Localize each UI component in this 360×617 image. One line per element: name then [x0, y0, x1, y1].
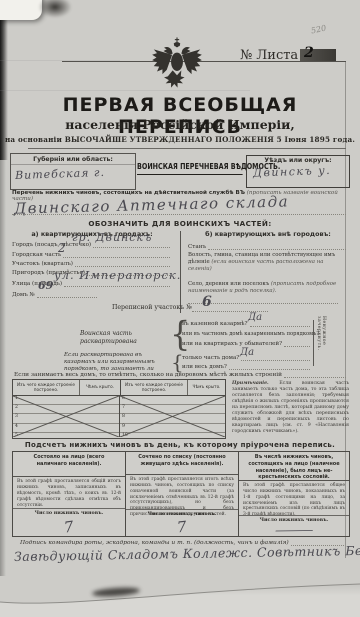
occupancy-option-whole: или весь домъ?	[182, 361, 312, 370]
tally-col-nonpeasant-body: Въ этой графѣ проставляется общее число …	[239, 481, 349, 515]
tally-col-present-count-label: Число нижнихъ чиновъ.	[13, 508, 125, 518]
buildings-question-text: Если занимаетъ весь домъ, то отмѣтить, с…	[14, 372, 282, 378]
field-house: Домъ № 69	[12, 287, 172, 298]
census-basis-line: на основаніи ВЫСОЧАЙШЕ УТВЕРЖДЕННАГО ПОЛ…	[0, 135, 360, 144]
field-volost: Волость, гмина, станица или соотвѣтствую…	[188, 252, 348, 273]
field-precinct-block: Участокъ (кварталъ)	[12, 258, 172, 267]
col-material-header-2: Изъ чего каждое строеніе построено.	[121, 380, 188, 395]
corner-ink-smudge	[38, 0, 72, 18]
census-precinct-line: Переписной участокъ №	[112, 304, 192, 311]
buildings-note-text: Если воинская часть занимаетъ только час…	[232, 381, 349, 434]
tally-col-nonpeasant-value: —	[272, 523, 315, 538]
tally-col-listed-title: Сочтено по списку (постоянно живущаго зд…	[126, 452, 238, 475]
corner-paper-patch	[0, 0, 42, 20]
quartering-option-barracks-value: Да	[248, 312, 262, 323]
frame-top-rule	[62, 61, 346, 62]
document-title: ВОИНСКАЯ ПЕРЕЧНЕВАЯ ВѢДОМОСТЬ.	[137, 162, 243, 175]
scanned-census-form: 520 № Листа 2 ПЕРВАЯ ВСЕОБЩАЯ ПЕРЕПИ	[0, 0, 360, 617]
uezd-box: Уѣздъ или округъ: Двинскъ у.	[246, 155, 350, 188]
census-subtitle: населенія Россійской Имперіи,	[0, 117, 360, 132]
census-precinct-value: 6	[202, 294, 212, 310]
uezd-value: Двинскъ у.	[247, 162, 349, 180]
city-quartering-section: а) квартирующихъ въ городахъ: Городъ (по…	[12, 230, 172, 298]
field-stan: Станъ	[188, 238, 348, 250]
quartering-option-residents-label: или на квартирахъ у обывателей?	[182, 341, 282, 347]
field-city-part: Городская часть 2	[12, 248, 172, 258]
occupancy-option-part-value: Да	[240, 347, 254, 358]
tally-col-listed-count-label: Число нижнихъ чиновъ.	[126, 509, 238, 518]
crossout-mark	[13, 396, 119, 437]
tally-header: Подсчетъ нижнихъ чиновъ въ день, къ кото…	[0, 441, 360, 449]
field-selo-label: Село, деревня или поселокъ	[188, 281, 269, 287]
field-house-value: 69	[38, 280, 53, 292]
tally-col-listed: Сочтено по списку (постоянно живущаго зд…	[126, 452, 239, 536]
buildings-note: Примѣчаніе. Если воинская часть занимает…	[232, 381, 349, 435]
quartering-option-barracks: въ казенной казармѣ? Да	[182, 317, 312, 327]
buildings-left-half: 1 2 3 4 5	[13, 396, 120, 437]
census-precinct-label: Переписной участокъ №	[112, 304, 192, 311]
field-street-value: ул. Императорск.	[54, 269, 181, 282]
left-edge-shade	[0, 0, 6, 617]
crossout-mark	[120, 396, 225, 437]
buildings-table: Изъ чего каждое строеніе построено. Чѣмъ…	[12, 379, 226, 439]
buildings-question: Если занимаетъ весь домъ, то отмѣтить, с…	[14, 370, 348, 378]
paper-crease	[0, 90, 250, 91]
col-material-header: Изъ чего каждое строеніе построено.	[13, 380, 80, 395]
tally-col-nonpeasant: Въ числѣ нижнихъ чиновъ, состоящихъ на л…	[239, 452, 349, 536]
designate-header: ОБОЗНАЧИТЬ ДЛЯ ВОИНСКИХЪ ЧАСТЕЙ:	[0, 219, 360, 228]
buildings-right-half: 6 7 8 9 10	[120, 396, 225, 437]
tally-table: Состояло на лицо (всего наличнаго населе…	[12, 451, 350, 537]
tally-col-listed-value: 7	[176, 518, 187, 537]
occupancy-option-part: только часть дома? Да	[182, 352, 312, 361]
rural-quartering-section: б) квартирующихъ внѣ городовъ: Станъ Вол…	[188, 230, 348, 304]
field-city-part-value: 2	[58, 242, 66, 255]
col-roof-header: Чѣмъ крыто.	[80, 380, 121, 395]
field-stan-label: Станъ	[188, 244, 206, 250]
field-selo: Село, деревня или поселокъ (прописать по…	[188, 281, 348, 295]
pencil-folio-number: 520	[310, 24, 327, 36]
field-street: Улица (площадь) ул. Императорск.	[12, 276, 172, 287]
occupancy-options: только часть дома? Да или весь домъ?	[182, 352, 312, 370]
quartering-label: Воинская часть расквартирована	[80, 330, 172, 345]
margin-note-vertical: Ненужное зачеркнуть.	[316, 316, 326, 374]
tally-col-present-title: Состояло на лицо (всего наличнаго населе…	[13, 452, 125, 477]
gubernia-box: Губернія или область: Витебская г.	[10, 153, 136, 190]
field-house-label: Домъ №	[12, 292, 35, 298]
sheet-number-value: 2	[304, 45, 314, 61]
tally-col-nonpeasant-count-label: Число нижнихъ чиновъ.	[239, 515, 349, 523]
gubernia-value: Витебская г.	[11, 163, 135, 182]
buildings-note-title: Примѣчаніе.	[232, 381, 269, 386]
tally-col-listed-body: Въ этой графѣ проставляется итогъ всѣхъ …	[126, 475, 238, 509]
tally-col-nonpeasant-title: Въ числѣ нижнихъ чиновъ, состоящихъ на л…	[239, 452, 349, 481]
quartering-option-private-house: или въ частномъ домѣ казарменнымъ порядк…	[182, 327, 312, 337]
tally-col-present-body: Въ этой графѣ проставляется общій итогъ …	[13, 477, 125, 508]
tally-col-present-value: 7	[63, 517, 75, 536]
tally-col-present: Состояло на лицо (всего наличнаго населе…	[13, 452, 126, 536]
imperial-eagle-icon	[150, 36, 204, 94]
margin-bracket-rule	[313, 320, 314, 366]
col-roof-header-2: Чѣмъ крыто.	[188, 380, 225, 395]
quartering-options: въ казенной казармѣ? Да или въ частномъ …	[182, 317, 312, 347]
quartering-option-residents: или на квартирахъ у обывателей?	[182, 337, 312, 347]
rural-section-header: б) квартирующихъ внѣ городовъ:	[188, 230, 348, 238]
header-rule	[28, 148, 346, 149]
signature-value: Завѣдующій Складомъ Коллежс. Совѣтникъ Б…	[14, 543, 356, 564]
paper-bottom-edge	[0, 576, 360, 616]
field-city: Городъ (посадъ, мѣстечко) гр. Двинскъ	[12, 238, 172, 248]
field-city-value: гр. Двинскъ	[72, 232, 152, 244]
